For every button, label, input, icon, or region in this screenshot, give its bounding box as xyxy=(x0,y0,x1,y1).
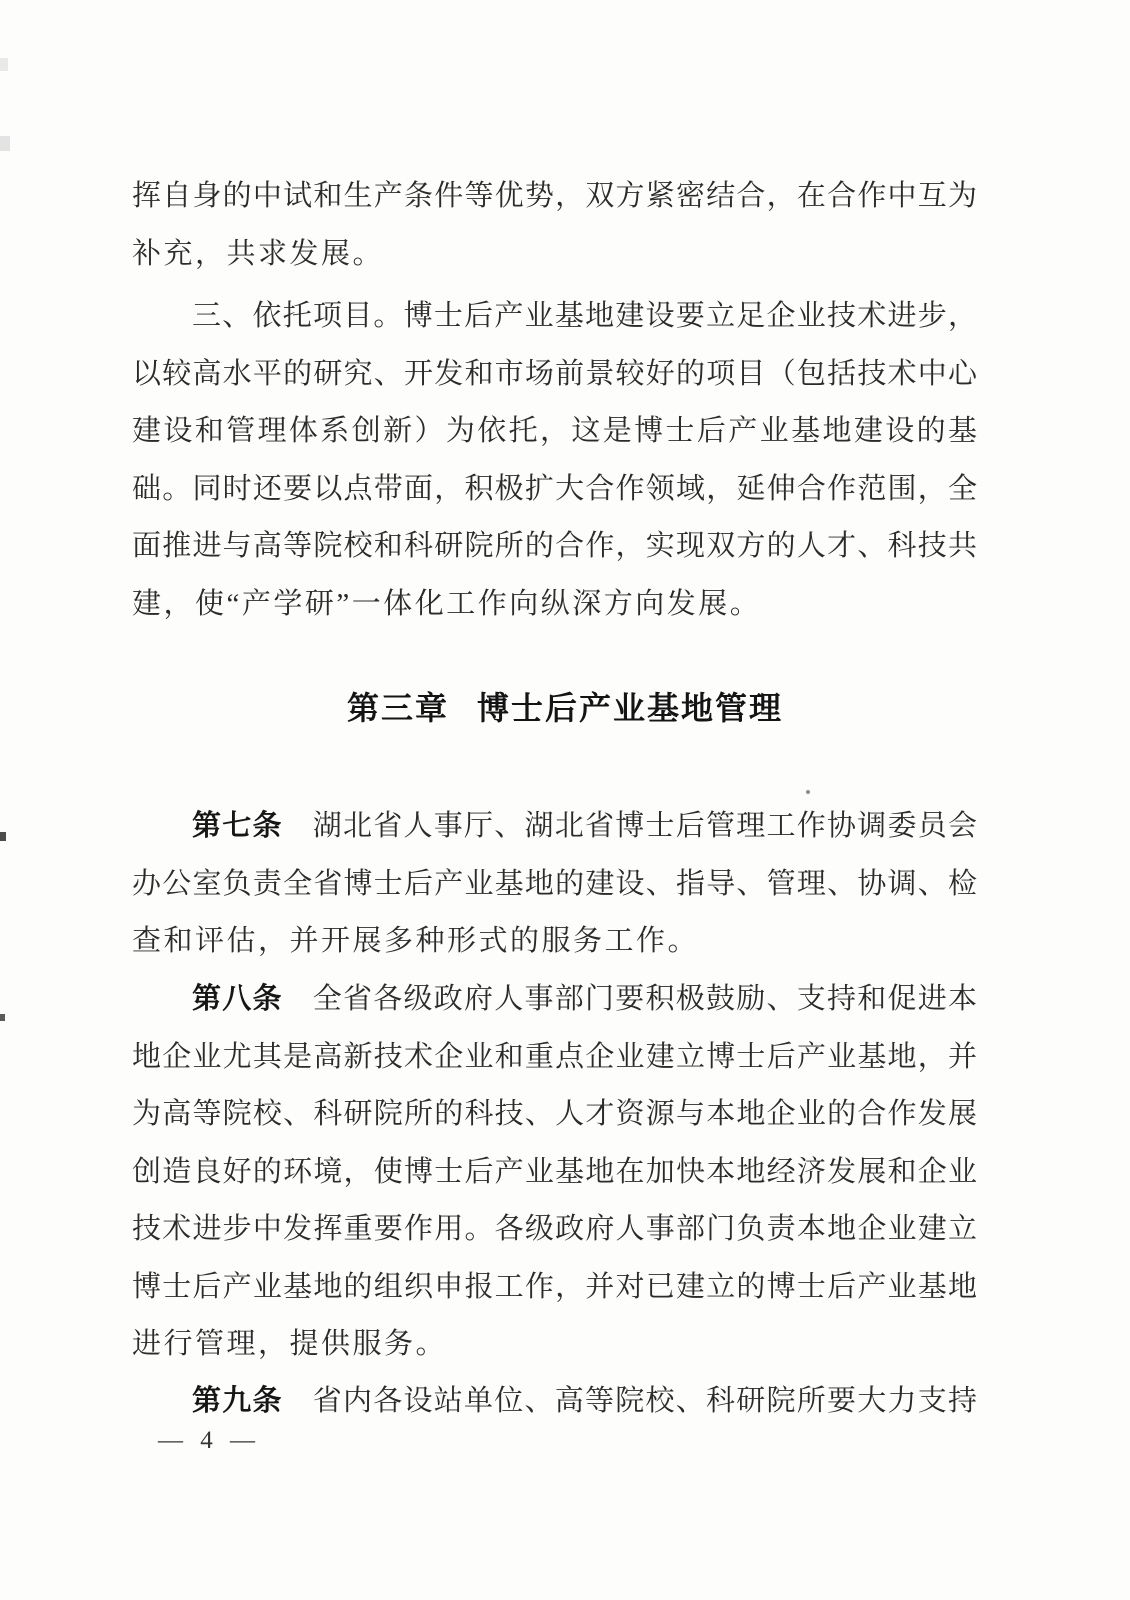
text-line: 补充，共求发展。 xyxy=(132,226,977,284)
text-line: 三、依托项目。博士后产业基地建设要立足企业技术进步， xyxy=(132,288,977,346)
text-line: 办公室负责全省博士后产业基地的建设、指导、管理、协调、检 xyxy=(132,856,977,914)
text-line: 博士后产业基地的组织申报工作，并对已建立的博士后产业基地 xyxy=(132,1259,977,1317)
scan-mark xyxy=(0,58,8,71)
paragraph-article-nine: 第九条省内各设站单位、高等院校、科研院所要大力支持 xyxy=(132,1373,977,1431)
text-line: 面推进与高等院校和科研院所的合作，实现双方的人才、科技共 xyxy=(132,518,977,576)
chapter-title: 博士后产业基地管理 xyxy=(477,690,783,726)
scan-mark xyxy=(0,832,6,841)
text-line: 进行管理，提供服务。 xyxy=(132,1316,977,1374)
article-line-text: 湖北省人事厅、湖北省博士后管理工作协调委员会 xyxy=(313,810,977,842)
text-line: 建设和管理体系创新）为依托，这是博士后产业基地建设的基 xyxy=(132,403,977,461)
article-first-line: 第八条全省各级政府人事部门要积极鼓励、支持和促进本 xyxy=(132,971,977,1029)
scan-mark xyxy=(806,790,810,794)
paragraph-article-seven: 第七条湖北省人事厅、湖北省博士后管理工作协调委员会 办公室负责全省博士后产业基地… xyxy=(132,798,977,971)
article-line-text: 全省各级政府人事部门要积极鼓励、支持和促进本 xyxy=(313,983,977,1015)
text-line: 以较高水平的研究、开发和市场前景较好的项目（包括技术中心 xyxy=(132,346,977,404)
scan-mark xyxy=(0,136,10,151)
scanned-document-page: 挥自身的中试和生产条件等优势，双方紧密结合，在合作中互为 补充，共求发展。 三、… xyxy=(0,0,1130,1600)
article-nine-label: 第九条 xyxy=(192,1385,283,1417)
article-first-line: 第七条湖北省人事厅、湖北省博士后管理工作协调委员会 xyxy=(132,798,977,856)
text-line: 查和评估，并开展多种形式的服务工作。 xyxy=(132,913,977,971)
page-number: — 4 — xyxy=(158,1426,256,1456)
paragraph-article-eight: 第八条全省各级政府人事部门要积极鼓励、支持和促进本 地企业尤其是高新技术企业和重… xyxy=(132,971,977,1374)
chapter-number: 第三章 xyxy=(347,690,449,726)
article-eight-label: 第八条 xyxy=(192,983,283,1015)
article-seven-label: 第七条 xyxy=(192,810,283,842)
text-line: 挥自身的中试和生产条件等优势，双方紧密结合，在合作中互为 xyxy=(132,168,977,226)
scan-mark xyxy=(0,1014,5,1021)
article-first-line: 第九条省内各设站单位、高等院校、科研院所要大力支持 xyxy=(132,1373,977,1431)
text-line: 技术进步中发挥重要作用。各级政府人事部门负责本地企业建立 xyxy=(132,1201,977,1259)
text-line: 建，使“产学研”一体化工作向纵深方向发展。 xyxy=(132,576,977,634)
article-line-text: 省内各设站单位、高等院校、科研院所要大力支持 xyxy=(313,1385,977,1417)
text-line: 础。同时还要以点带面，积极扩大合作领域，延伸合作范围，全 xyxy=(132,461,977,519)
text-line: 地企业尤其是高新技术企业和重点企业建立博士后产业基地，并 xyxy=(132,1029,977,1087)
paragraph-item-three: 三、依托项目。博士后产业基地建设要立足企业技术进步， 以较高水平的研究、开发和市… xyxy=(132,288,977,633)
text-line: 为高等院校、科研院所的科技、人才资源与本地企业的合作发展 xyxy=(132,1086,977,1144)
chapter-heading: 第三章博士后产业基地管理 xyxy=(0,688,1130,728)
paragraph-closing: 挥自身的中试和生产条件等优势，双方紧密结合，在合作中互为 补充，共求发展。 xyxy=(132,168,977,283)
text-line: 创造良好的环境，使博士后产业基地在加快本地经济发展和企业 xyxy=(132,1144,977,1202)
